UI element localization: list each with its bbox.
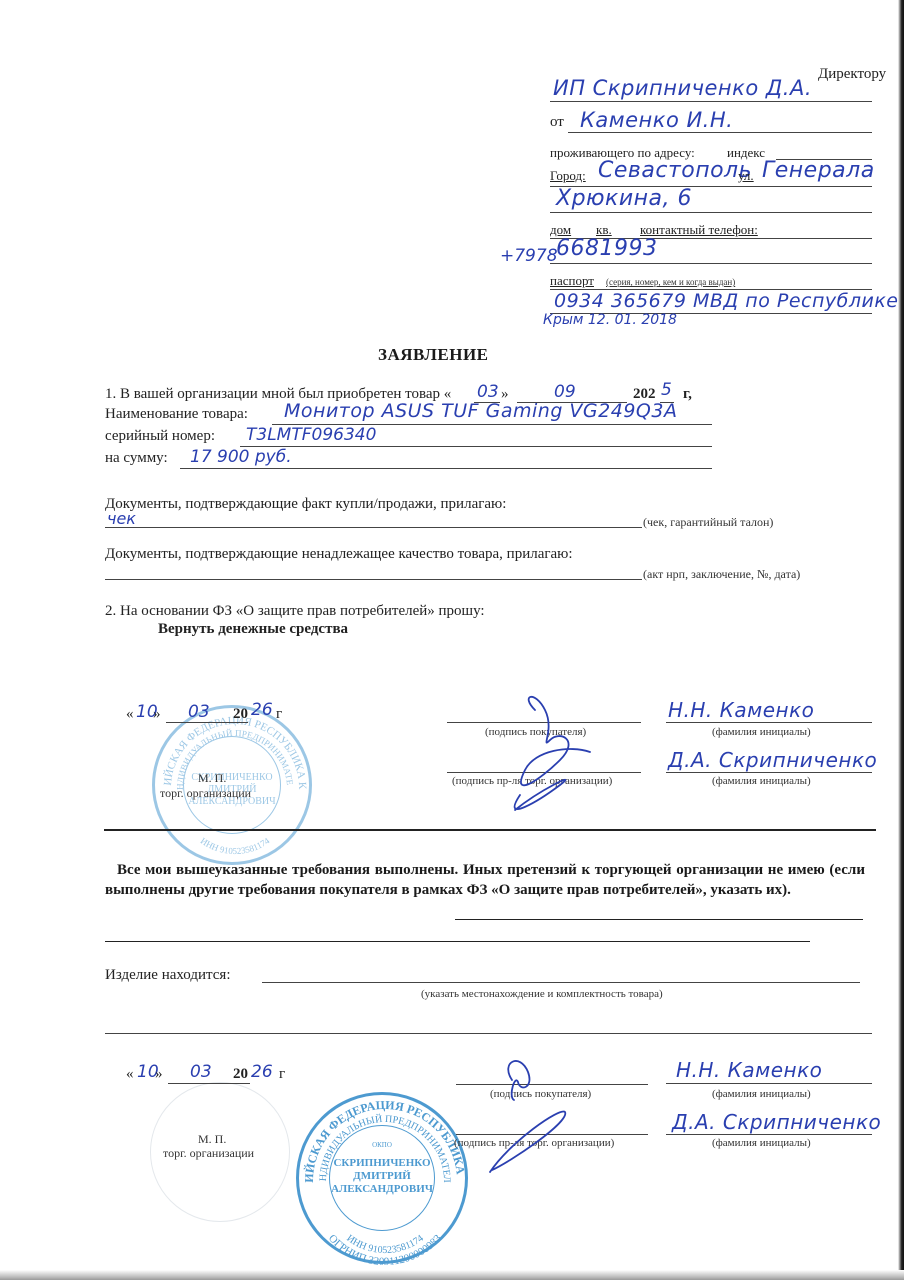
date-1-year-unit: г	[276, 706, 282, 723]
phone-value: 6681993	[556, 236, 657, 261]
from-label: от	[550, 114, 564, 131]
date-2-month: 03	[190, 1062, 212, 1082]
to-label: Директору	[818, 66, 886, 83]
signature-scribble-2	[470, 1052, 590, 1182]
date-2-year-prefix: 20	[233, 1066, 248, 1083]
phone-prefix: +7978	[500, 246, 558, 266]
org-name-line-1	[666, 772, 872, 773]
org-name-line-2	[666, 1134, 872, 1135]
passport-label: паспорт	[550, 273, 594, 289]
signature-scribble-1	[480, 690, 620, 830]
year-unit: г,	[683, 386, 692, 403]
name-hint-1a: (фамилия инициалы)	[712, 726, 811, 738]
scan-edge-bottom	[0, 1270, 904, 1280]
date-1-quote-close: »	[153, 706, 161, 723]
date-2-quote-open: «	[126, 1066, 134, 1083]
date-2-year-unit: г	[279, 1066, 285, 1083]
section-divider	[104, 829, 876, 831]
date-1-year-suffix: 26	[251, 700, 273, 720]
stamp-1-name-1: СКРИПНИЧЕНКО	[155, 772, 309, 784]
stamp-1: РОССИЙСКАЯ ФЕДЕРАЦИЯ РЕСПУБЛИКА КРЫМ ИНД…	[152, 705, 312, 865]
org-name-2: Д.А. Скрипниченко	[672, 1110, 881, 1134]
product-value: Монитор ASUS TUF Gaming VG249Q3A	[284, 400, 677, 422]
seal-1-label-1: М. П.	[198, 771, 226, 786]
stamp-2-name-2: ДМИТРИЙ	[299, 1170, 465, 1182]
purchase-docs-hint: (чек, гарантийный талон)	[643, 515, 773, 530]
location-line	[262, 982, 860, 983]
buyer-name-line-2	[666, 1083, 872, 1084]
seal-2-label-1: М. П.	[198, 1132, 226, 1147]
org-name-1: Д.А. Скрипниченко	[668, 748, 877, 772]
serial-line	[240, 446, 712, 447]
product-label: Наименование товара:	[105, 406, 248, 423]
purchase-month: 09	[554, 382, 576, 402]
to-line	[550, 101, 872, 102]
buyer-name-line-1	[666, 722, 872, 723]
resolution-line-2	[105, 941, 810, 942]
name-hint-2b: (фамилия инициалы)	[712, 1137, 811, 1149]
street-line	[550, 212, 872, 213]
buyer-name-1: Н.Н. Каменко	[668, 698, 814, 722]
from-value: Каменко И.Н.	[580, 108, 733, 132]
street-label: ул.	[738, 168, 754, 184]
date-2-quote-close: »	[155, 1066, 163, 1083]
resolution-text: Все мои вышеуказанные требования выполне…	[105, 860, 865, 900]
location-hint: (указать местонахождение и комплектность…	[421, 988, 663, 1000]
sum-value: 17 900 руб.	[190, 447, 292, 467]
purchase-day: 03	[477, 382, 499, 402]
purchase-docs-value: чек	[107, 509, 136, 528]
svg-text:ИНН 910523581174: ИНН 910523581174	[199, 835, 272, 856]
stamp-2-name-1: СКРИПНИЧЕНКО	[299, 1157, 465, 1169]
purchase-docs-line	[105, 527, 642, 528]
seal-2-label-2: торг. организации	[163, 1146, 254, 1161]
name-hint-1b: (фамилия инициалы)	[712, 775, 811, 787]
basis-text: 2. На основании ФЗ «О защите прав потреб…	[105, 603, 485, 620]
stamp-2-name-3: АЛЕКСАНДРОВИЧ	[299, 1183, 465, 1195]
phone-line	[550, 263, 872, 264]
date-1-month: 03	[188, 702, 210, 722]
passport-value: 0934 365679 МВД по Республике	[554, 290, 899, 312]
date-1-quote-open: «	[126, 706, 134, 723]
request-text: Вернуть денежные средства	[158, 621, 348, 638]
date-1-year-prefix: 20	[233, 706, 248, 723]
sum-label: на сумму:	[105, 450, 168, 467]
scan-edge-right	[898, 0, 904, 1270]
stamp-2-city: ОКПО	[299, 1139, 465, 1151]
date-2-month-line	[168, 1083, 250, 1084]
date-2-year-suffix: 26	[251, 1062, 273, 1082]
location-label: Изделие находится:	[105, 967, 231, 984]
to-value: ИП Скрипниченко Д.А.	[553, 76, 812, 100]
city-label: Город:	[550, 168, 586, 184]
quality-docs-label: Документы, подтверждающие ненадлежащее к…	[105, 546, 573, 563]
phone-label: контактный телефон:	[640, 222, 758, 238]
street-value-cont: Хрюкина, 6	[556, 186, 692, 211]
city-value: Севастополь	[598, 158, 752, 183]
from-line	[568, 132, 872, 133]
quality-docs-line	[105, 579, 642, 580]
purchase-docs-label: Документы, подтверждающие факт купли/про…	[105, 496, 506, 513]
location-line-2	[105, 1033, 872, 1034]
passport-hint: (серия, номер, кем и когда выдан)	[606, 277, 735, 287]
passport-value-cont: Крым 12. 01. 2018	[543, 312, 677, 328]
application-document: Директору ИП Скрипниченко Д.А. от Каменк…	[0, 0, 904, 1280]
resolution-line-1	[455, 919, 863, 920]
quality-docs-hint: (акт нрп, заключение, №, дата)	[643, 567, 800, 582]
buyer-name-2: Н.Н. Каменко	[676, 1058, 822, 1082]
name-hint-2a: (фамилия инициалы)	[712, 1088, 811, 1100]
seal-1-label-2: торг. организации	[160, 786, 251, 801]
sum-line	[180, 468, 712, 469]
street-value: Генерала	[762, 158, 875, 183]
stamp-2: РОССИЙСКАЯ ФЕДЕРАЦИЯ РЕСПУБЛИКА КРЫМ ИНД…	[296, 1092, 468, 1264]
serial-label: серийный номер:	[105, 428, 215, 445]
serial-value: T3LMTF096340	[246, 425, 376, 445]
purchase-year-suffix: 5	[661, 380, 672, 400]
document-title: ЗАЯВЛЕНИЕ	[378, 345, 489, 365]
